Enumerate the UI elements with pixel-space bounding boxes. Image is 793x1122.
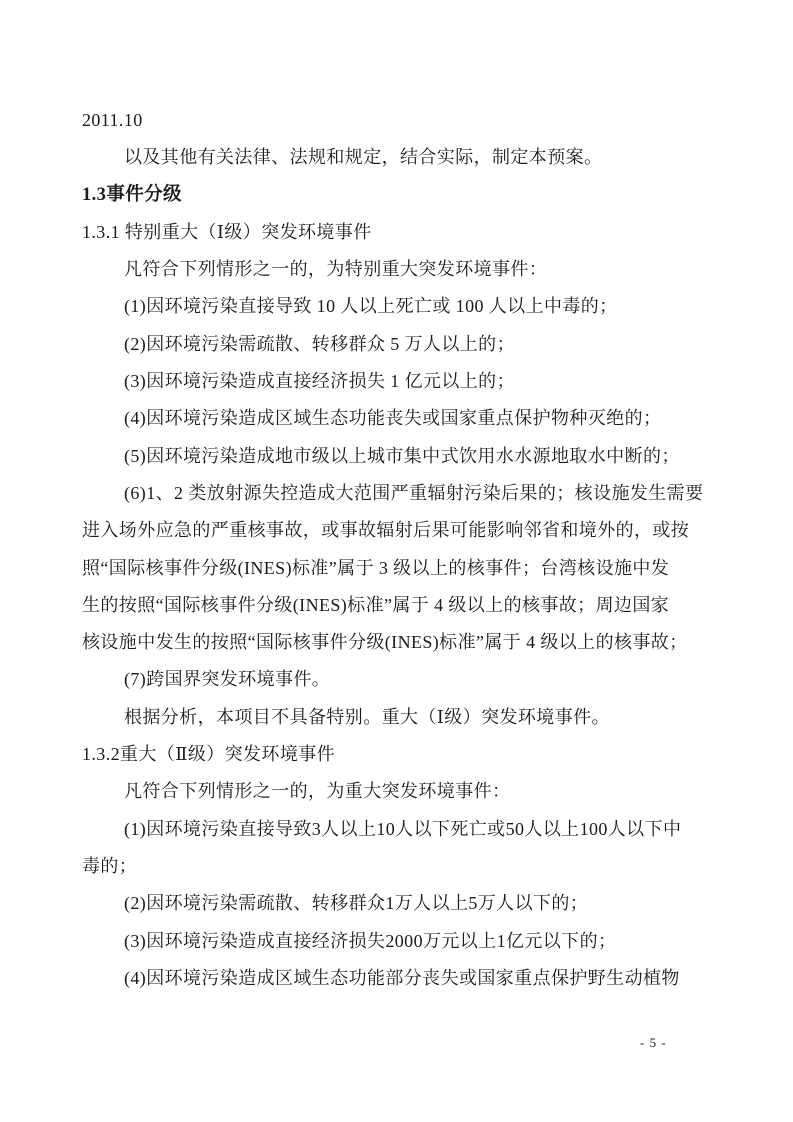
- level-two-item-2: (2)因环境污染需疏散、转移群众1万人以上5万人以下的；: [82, 885, 707, 922]
- level-one-item-6-line-2: 进入场外应急的严重核事故，或事故辐射后果可能影响邻省和境外的，或按: [82, 512, 707, 549]
- document-body: 2011.10 以及其他有关法律、法规和规定，结合实际，制定本预案。 1.3事件…: [82, 102, 707, 997]
- document-page: 2011.10 以及其他有关法律、法规和规定，结合实际，制定本预案。 1.3事件…: [0, 0, 793, 1122]
- level-two-item-4-line-1: (4)因环境污染造成区域生态功能部分丧失或国家重点保护野生动植物: [82, 960, 707, 997]
- level-one-item-5: (5)因环境污染造成地市级以上城市集中式饮用水水源地取水中断的；: [82, 438, 707, 475]
- level-one-item-1: (1)因环境污染直接导致 10 人以上死亡或 100 人以上中毒的；: [82, 288, 707, 325]
- para-level-two-criteria-intro: 凡符合下列情形之一的，为重大突发环境事件：: [82, 773, 707, 810]
- heading-1-3-event-classification: 1.3事件分级: [82, 177, 707, 214]
- heading-1-3-2-level-two-event: 1.3.2重大（Ⅱ级）突发环境事件: [82, 736, 707, 773]
- para-level-one-criteria-intro: 凡符合下列情形之一的，为特别重大突发环境事件：: [82, 251, 707, 288]
- level-one-item-3: (3)因环境污染造成直接经济损失 1 亿元以上的；: [82, 363, 707, 400]
- level-one-item-6-line-4: 生的按照“国际核事件分级(INES)标准”属于 4 级以上的核事故；周边国家: [82, 587, 707, 624]
- level-one-item-2: (2)因环境污染需疏散、转移群众 5 万人以上的；: [82, 326, 707, 363]
- level-one-item-7: (7)跨国界突发环境事件。: [82, 661, 707, 698]
- heading-1-3-1-level-one-event: 1.3.1 特别重大（Ⅰ级）突发环境事件: [82, 214, 707, 251]
- level-two-item-3: (3)因环境污染造成直接经济损失2000万元以上1亿元以下的；: [82, 923, 707, 960]
- level-two-item-1-line-1: (1)因环境污染直接导致3人以上10人以下死亡或50人以上100人以下中: [82, 811, 707, 848]
- line-intro: 以及其他有关法律、法规和规定，结合实际，制定本预案。: [82, 139, 707, 176]
- line-date: 2011.10: [82, 102, 707, 139]
- level-one-item-6-line-3: 照“国际核事件分级(INES)标准”属于 3 级以上的核事件；台湾核设施中发: [82, 550, 707, 587]
- level-two-item-1-line-2: 毒的；: [82, 848, 707, 885]
- page-number: - 5 -: [640, 1034, 667, 1052]
- level-one-item-4: (4)因环境污染造成区域生态功能丧失或国家重点保护物种灭绝的；: [82, 400, 707, 437]
- level-one-item-6-line-5: 核设施中发生的按照“国际核事件分级(INES)标准”属于 4 级以上的核事故；: [82, 624, 707, 661]
- level-one-item-6-line-1: (6)1、2 类放射源失控造成大范围严重辐射污染后果的；核设施发生需要: [82, 475, 707, 512]
- para-level-one-conclusion: 根据分析，本项目不具备特别。重大（Ⅰ级）突发环境事件。: [82, 699, 707, 736]
